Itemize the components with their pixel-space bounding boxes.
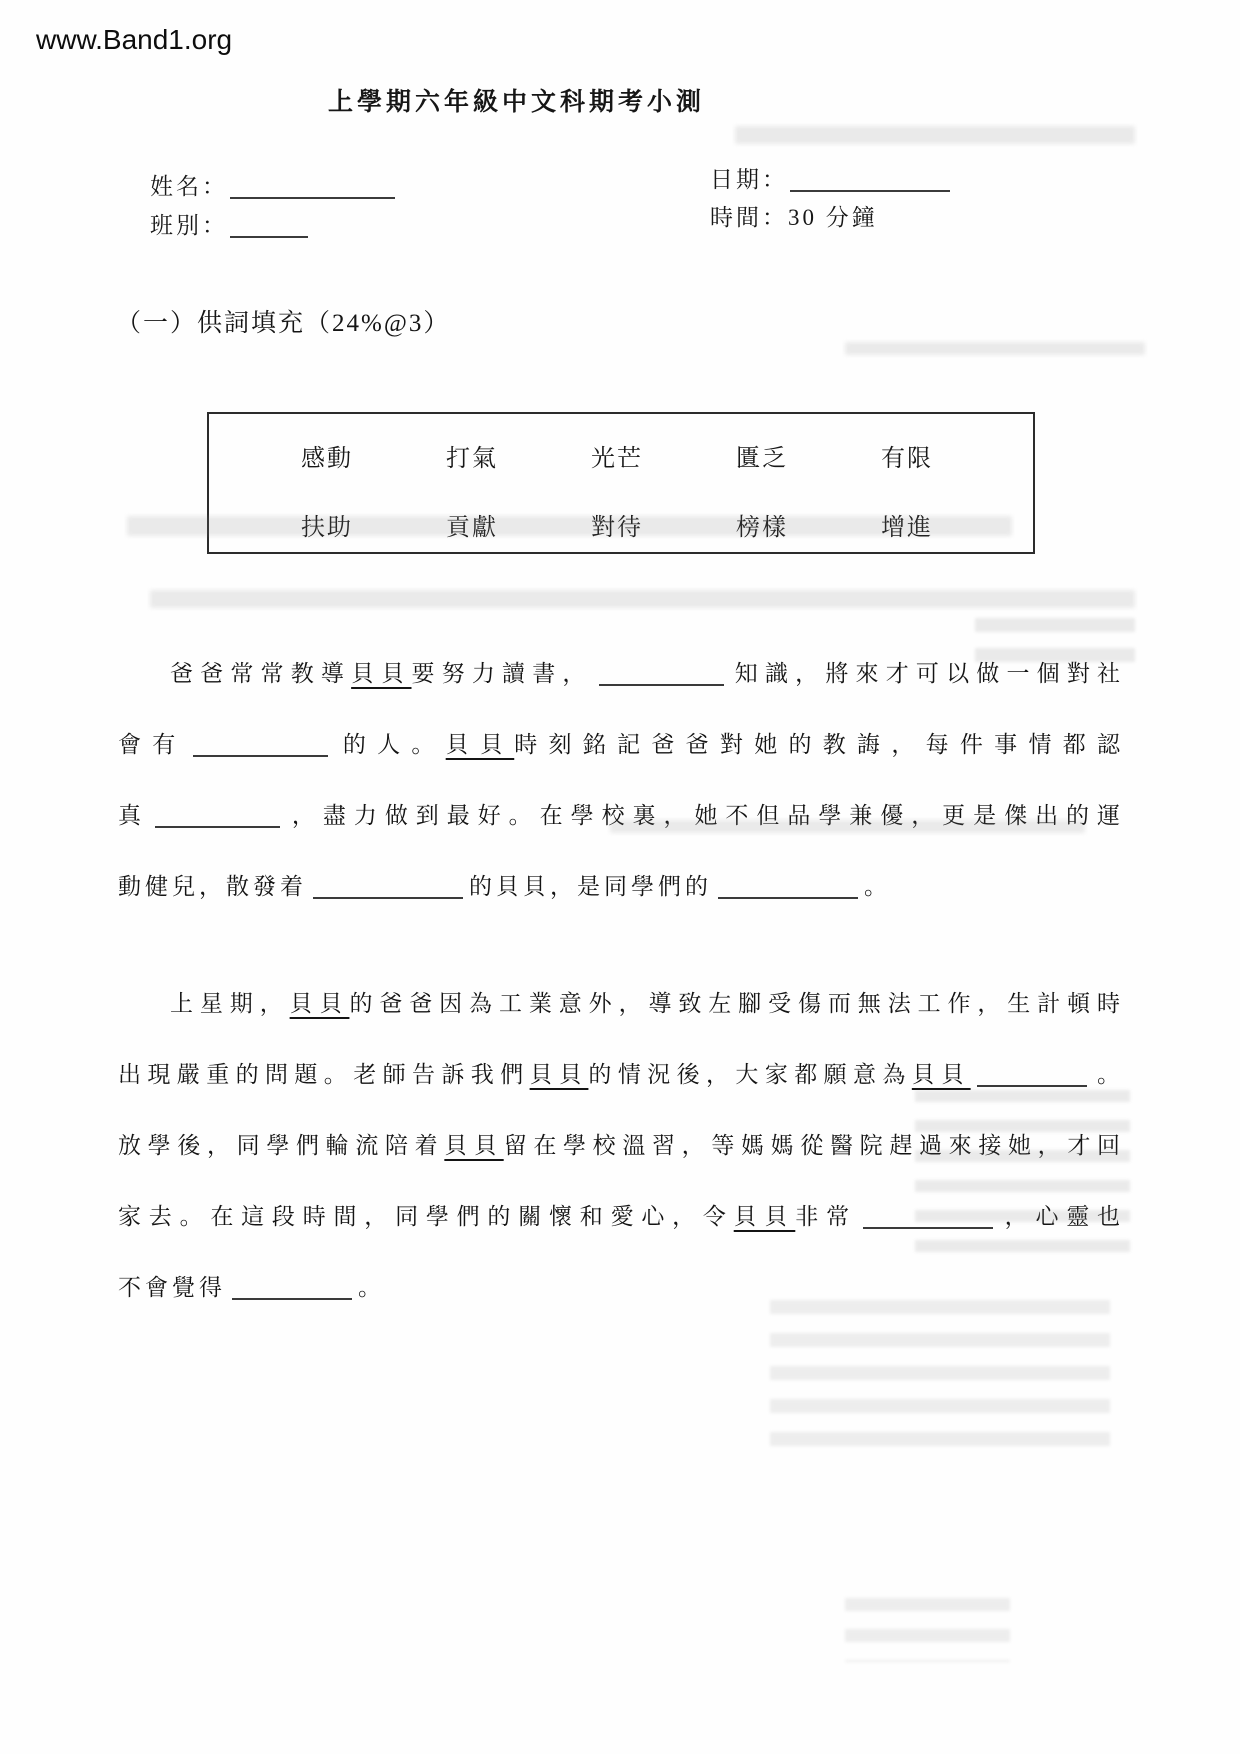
word-bank-item: 匱乏 [736, 438, 788, 473]
text-run: 真 [118, 803, 149, 828]
text-run: 時刻銘記爸爸對她的教誨，每件事情都認 [514, 732, 1122, 757]
word-bank-row-1: 感動 打氣 光芒 匱乏 有限 [209, 438, 1033, 473]
scan-artifact [127, 516, 1012, 536]
text-run: 家去。在這段時間，同學們的關懷和愛心，令 [118, 1204, 734, 1229]
answer-blank [155, 802, 280, 828]
scan-artifact [845, 342, 1145, 355]
text-run: 爸爸常常教導 [170, 661, 351, 686]
underlined-name: 貝貝 [530, 1062, 589, 1087]
paragraph-line: 上星期，貝貝的爸爸因為工業意外，導致左腳受傷而無法工作，生計頓時 [118, 968, 1122, 1039]
page-title: 上學期六年級中文科期考小測 [328, 82, 705, 118]
text-run: 放學後，同學們輪流陪着 [118, 1133, 444, 1158]
date-blank-line [790, 167, 950, 192]
scan-artifact [845, 1598, 1010, 1662]
scan-artifact [150, 590, 1135, 608]
text-run: 。 [864, 874, 891, 899]
name-blank-line [230, 174, 395, 199]
text-run: 要努力讀書， [412, 661, 593, 686]
paragraph-line: 真，盡力做到最好。在學校裏，她不但品學兼優，更是傑出的運 [118, 780, 1122, 851]
answer-blank [232, 1274, 352, 1300]
underlined-name: 貝貝 [444, 1133, 503, 1158]
class-field: 班別： [150, 207, 308, 240]
scan-artifact [770, 1300, 1110, 1465]
name-label: 姓名： [150, 174, 228, 199]
text-run: 出現嚴重的問題。老師告訴我們 [118, 1062, 530, 1087]
text-run: 的人。 [334, 732, 446, 757]
answer-blank [718, 873, 858, 899]
word-bank-item: 光芒 [591, 438, 643, 473]
site-watermark: www.Band1.org [36, 24, 232, 56]
text-run: 不會覺得 [118, 1275, 226, 1300]
document-page: www.Band1.org 上學期六年級中文科期考小測 姓名： 班別： 日期： … [0, 0, 1240, 1754]
date-label: 日期： [710, 167, 788, 192]
text-run: 的爸爸因為工業意外，導致左腳受傷而無法工作，生計頓時 [349, 991, 1122, 1016]
underlined-name: 貝貝 [734, 1204, 796, 1229]
answer-blank [977, 1061, 1087, 1087]
class-blank-line [230, 213, 308, 238]
text-run: 。 [358, 1275, 385, 1300]
class-label: 班別： [150, 213, 228, 238]
scan-artifact [610, 820, 1085, 833]
word-bank-item: 打氣 [446, 438, 498, 473]
time-label: 時間： [710, 205, 788, 230]
answer-blank [193, 731, 328, 757]
underlined-name: 貝貝 [351, 661, 411, 686]
scan-artifact [735, 126, 1135, 144]
text-run: 會有 [118, 732, 187, 757]
time-value: 30 分鐘 [788, 205, 878, 230]
text-run: 的貝貝，是同學們的 [469, 874, 712, 899]
text-run: 上星期， [170, 991, 290, 1016]
answer-blank [313, 873, 463, 899]
text-run: 非常 [795, 1204, 857, 1229]
word-bank-item: 感動 [301, 438, 353, 473]
paragraph-1: 爸爸常常教導貝貝要努力讀書，知識，將來才可以做一個對社 會有的人。貝貝時刻銘記爸… [118, 638, 1122, 922]
date-field: 日期： [710, 161, 950, 194]
paragraph-line: 爸爸常常教導貝貝要努力讀書，知識，將來才可以做一個對社 [118, 638, 1122, 709]
text-run: 。 [1093, 1062, 1122, 1087]
scan-artifact [975, 618, 1135, 666]
paragraph-line: 動健兒，散發着的貝貝，是同學們的。 [118, 851, 1122, 922]
paragraph-line: 會有的人。貝貝時刻銘記爸爸對她的教誨，每件事情都認 [118, 709, 1122, 780]
scan-artifact [915, 1090, 1130, 1268]
text-run: 的情況後，大家都願意為 [588, 1062, 911, 1087]
word-bank-item: 有限 [881, 438, 933, 473]
answer-blank [599, 660, 724, 686]
underlined-name: 貝貝 [290, 991, 350, 1016]
text-run: 動健兒，散發着 [118, 874, 307, 899]
underlined-name: 貝貝 [446, 732, 515, 757]
name-field: 姓名： [150, 168, 395, 201]
underlined-name: 貝貝 [912, 1062, 971, 1087]
section-heading: （一）供詞填充（24%@3） [116, 303, 450, 339]
time-field: 時間：30 分鐘 [710, 199, 878, 232]
